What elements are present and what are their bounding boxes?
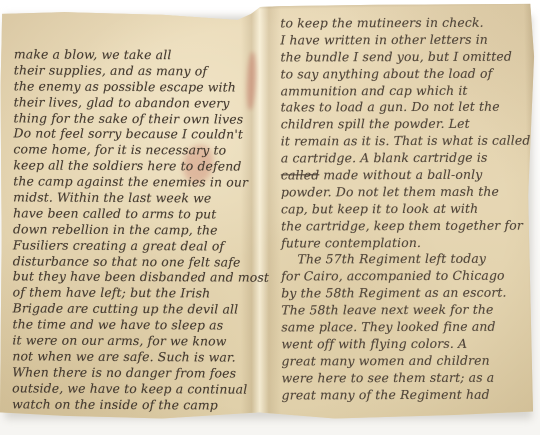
- handwritten-line: have been called to arms to put: [13, 205, 251, 222]
- handwritten-line: midst. Within the last week we: [13, 189, 251, 206]
- handwritten-line: The 58th leave next week for the: [281, 302, 531, 320]
- handwritten-line: the camp against the enemies in our: [13, 174, 251, 191]
- handwritten-line: cap, but keep it to look at with: [281, 200, 531, 218]
- handwritten-line: Do not feel sorry because I couldn't: [13, 126, 251, 143]
- handwritten-line: their lives, glad to abandon every: [14, 94, 252, 111]
- handwritten-segment: made without a ball-only: [319, 167, 482, 183]
- handwritten-line: I have written in other letters in: [280, 31, 530, 49]
- handwritten-line: future contemplation.: [281, 234, 531, 252]
- handwritten-line: but they have been disbanded and most: [13, 269, 251, 286]
- handwritten-line: by the 58th Regiment as an escort.: [281, 285, 531, 303]
- handwritten-line: the bundle I send you, but I omitted: [280, 48, 530, 66]
- handwritten-line: the cartridge, keep them together for: [281, 217, 531, 235]
- handwritten-line: to keep the mutineers in check.: [280, 15, 530, 33]
- handwritten-line: thing for the sake of their own lives: [14, 110, 252, 127]
- handwritten-line: The 57th Regiment left today: [281, 251, 531, 269]
- handwritten-line: to say anything about the load of: [280, 65, 530, 83]
- letter-page-left: make a blow, we take alltheir supplies, …: [12, 46, 252, 413]
- handwritten-line: were here to see them start; as a: [282, 369, 532, 387]
- struck-through-word: called: [281, 167, 319, 182]
- handwritten-line: ammunition and cap which it: [281, 82, 531, 100]
- handwritten-line: When there is no danger from foes: [12, 364, 250, 381]
- handwritten-line: Brigade are cutting up the devil all: [13, 301, 251, 318]
- handwritten-line: make a blow, we take all: [14, 46, 252, 63]
- handwritten-line: the time and we have to sleep as: [12, 317, 250, 334]
- handwritten-line: children spill the powder. Let: [281, 116, 531, 134]
- handwritten-line: of them have left; but the Irish: [13, 285, 251, 302]
- handwritten-line: same place. They looked fine and: [281, 319, 531, 337]
- handwritten-line: it remain as it is. That is what is call…: [281, 133, 531, 151]
- handwritten-line: takes to load a gun. Do not let the: [281, 99, 531, 117]
- handwritten-line: keep all the soldiers here to defend: [13, 158, 251, 175]
- handwritten-line: come home, for it is necessary to: [13, 142, 251, 159]
- handwritten-line: for Cairo, accompanied to Chicago: [281, 268, 531, 286]
- handwritten-line: went off with flying colors. A: [281, 335, 531, 353]
- handwritten-line: great many women and children: [282, 352, 532, 370]
- handwritten-line: called made without a ball-only: [281, 167, 531, 185]
- handwritten-line: Fusiliers creating a great deal of: [13, 237, 251, 254]
- handwritten-line: disturbance so that no one felt safe: [13, 253, 251, 270]
- handwritten-line: their supplies, and as many of: [14, 62, 252, 79]
- handwritten-line: powder. Do not let them mash the: [281, 183, 531, 201]
- handwritten-line: the enemy as possible escape with: [14, 78, 252, 95]
- handwritten-line: outside, we have to keep a continual: [12, 380, 250, 397]
- handwritten-line: it were on our arms, for we know: [12, 332, 250, 349]
- handwritten-line: great many of the Regiment had: [282, 386, 532, 404]
- scan-background: make a blow, we take alltheir supplies, …: [0, 0, 540, 435]
- handwritten-line: watch on the inside of the camp: [12, 396, 250, 413]
- handwritten-line: not when we are safe. Such is war.: [12, 348, 250, 365]
- letter-page-right: to keep the mutineers in check.I have wr…: [280, 15, 531, 404]
- handwritten-line: down rebellion in the camp, the: [13, 221, 251, 238]
- handwritten-line: a cartridge. A blank cartridge is: [281, 150, 531, 168]
